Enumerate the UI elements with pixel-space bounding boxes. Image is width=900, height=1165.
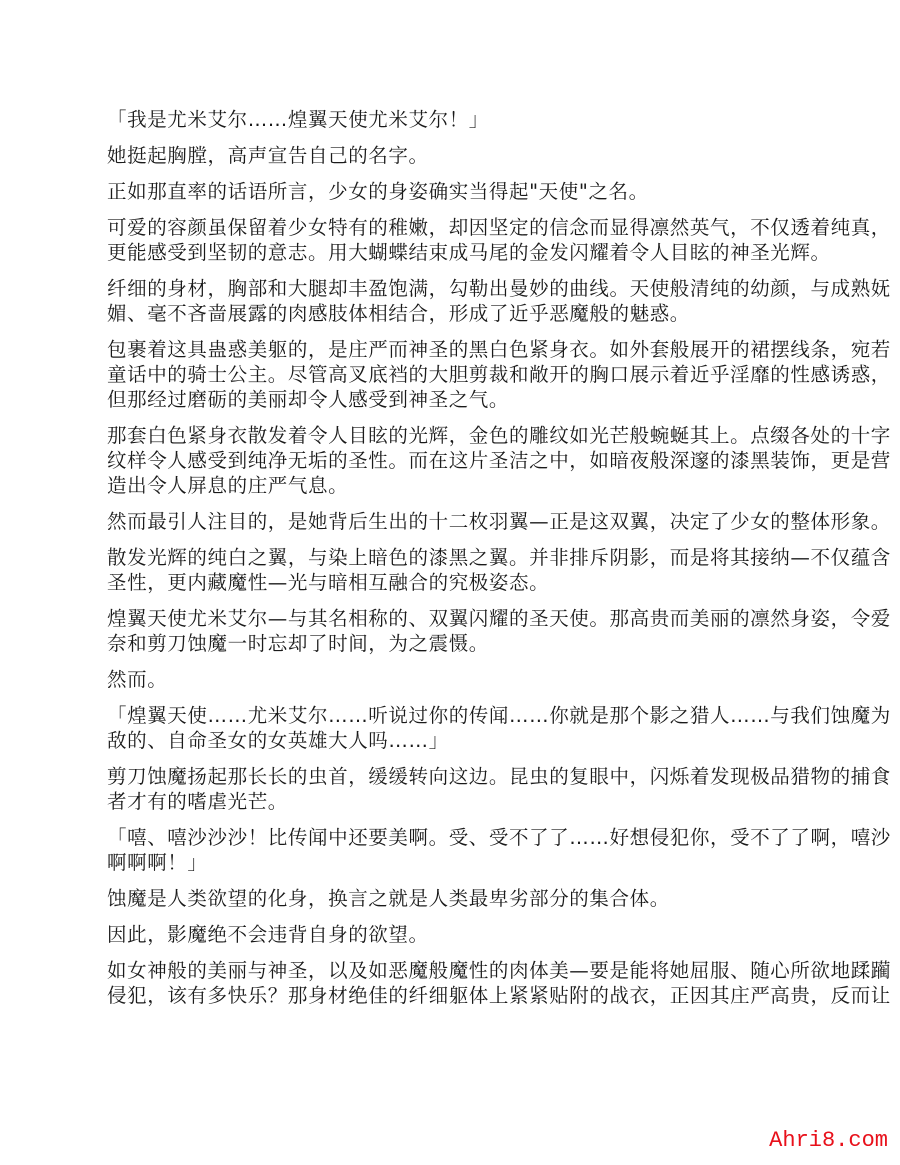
text-line: 然而最引人注目的，是她背后生出的十二枚羽翼—正是这双翼，决定了少女的整体形象。 (107, 509, 807, 534)
paragraph: 然而。 (107, 667, 807, 692)
text-line: 童话中的骑士公主。尽管高叉底裆的大胆剪裁和敞开的胸口展示着近乎淫靡的性感诱惑， (107, 362, 807, 387)
paragraph: 她挺起胸膛，高声宣告自己的名字。 (107, 143, 807, 168)
text-line: 如女神般的美丽与神圣，以及如恶魔般魔性的肉体美—要是能将她屈服、随心所欲地蹂躏 (107, 958, 807, 983)
document-body: 「我是尤米艾尔……煌翼天使尤米艾尔！」 她挺起胸膛，高声宣告自己的名字。 正如那… (107, 107, 807, 1019)
text-line: 纤细的身材，胸部和大腿却丰盈饱满，勾勒出曼妙的曲线。天使般清纯的幼颜，与成熟妩 (107, 276, 807, 301)
text-line: 但那经过磨砺的美丽却令人感受到神圣之气。 (107, 387, 807, 412)
text-line: 媚、毫不吝啬展露的肉感肢体相结合，形成了近乎恶魔般的魅惑。 (107, 301, 807, 326)
paragraph: 纤细的身材，胸部和大腿却丰盈饱满，勾勒出曼妙的曲线。天使般清纯的幼颜，与成熟妩 … (107, 276, 807, 326)
text-line: 正如那直率的话语所言，少女的身姿确实当得起"天使"之名。 (107, 179, 807, 204)
text-line: 「煌翼天使……尤米艾尔……听说过你的传闻……你就是那个影之猎人……与我们蚀魔为 (107, 703, 807, 728)
paragraph: 煌翼天使尤米艾尔—与其名相称的、双翼闪耀的圣天使。那高贵而美丽的凛然身姿，令爱 … (107, 606, 807, 656)
text-line: 可爱的容颜虽保留着少女特有的稚嫩，却因坚定的信念而显得凛然英气，不仅透着纯真， (107, 215, 807, 240)
paragraph: 如女神般的美丽与神圣，以及如恶魔般魔性的肉体美—要是能将她屈服、随心所欲地蹂躏 … (107, 958, 807, 1008)
text-line: 她挺起胸膛，高声宣告自己的名字。 (107, 143, 807, 168)
text-line: 那套白色紧身衣散发着令人目眩的光辉，金色的雕纹如光芒般蜿蜒其上。点缀各处的十字 (107, 423, 807, 448)
text-line: 侵犯，该有多快乐？那身材绝佳的纤细躯体上紧紧贴附的战衣，正因其庄严高贵，反而让 (107, 983, 807, 1008)
text-line: 「我是尤米艾尔……煌翼天使尤米艾尔！」 (107, 107, 807, 132)
paragraph: 剪刀蚀魔扬起那长长的虫首，缓缓转向这边。昆虫的复眼中，闪烁着发现极品猎物的捕食 … (107, 764, 807, 814)
text-line: 啊啊啊！」 (107, 850, 807, 875)
document-page: 「我是尤米艾尔……煌翼天使尤米艾尔！」 她挺起胸膛，高声宣告自己的名字。 正如那… (0, 0, 900, 1165)
paragraph: 「煌翼天使……尤米艾尔……听说过你的传闻……你就是那个影之猎人……与我们蚀魔为 … (107, 703, 807, 753)
text-line: 圣性，更内藏魔性—光与暗相互融合的究极姿态。 (107, 570, 807, 595)
paragraph: 然而最引人注目的，是她背后生出的十二枚羽翼—正是这双翼，决定了少女的整体形象。 (107, 509, 807, 534)
text-line: 更能感受到坚韧的意志。用大蝴蝶结束成马尾的金发闪耀着令人目眩的神圣光辉。 (107, 240, 807, 265)
text-line: 纹样令人感受到纯净无垢的圣性。而在这片圣洁之中，如暗夜般深邃的漆黑装饰，更是营 (107, 448, 807, 473)
text-line: 剪刀蚀魔扬起那长长的虫首，缓缓转向这边。昆虫的复眼中，闪烁着发现极品猎物的捕食 (107, 764, 807, 789)
paragraph: 「我是尤米艾尔……煌翼天使尤米艾尔！」 (107, 107, 807, 132)
text-line: 煌翼天使尤米艾尔—与其名相称的、双翼闪耀的圣天使。那高贵而美丽的凛然身姿，令爱 (107, 606, 807, 631)
paragraph: 可爱的容颜虽保留着少女特有的稚嫩，却因坚定的信念而显得凛然英气，不仅透着纯真， … (107, 215, 807, 265)
paragraph: 「嘻、嘻沙沙沙！比传闻中还要美啊。受、受不了了……好想侵犯你，受不了了啊，嘻沙 … (107, 825, 807, 875)
text-line: 「嘻、嘻沙沙沙！比传闻中还要美啊。受、受不了了……好想侵犯你，受不了了啊，嘻沙 (107, 825, 807, 850)
paragraph: 因此，影魔绝不会违背自身的欲望。 (107, 922, 807, 947)
text-line: 散发光辉的纯白之翼，与染上暗色的漆黑之翼。并非排斥阴影，而是将其接纳—不仅蕴含 (107, 545, 807, 570)
watermark: Ahri8.com (769, 1128, 888, 1153)
paragraph: 那套白色紧身衣散发着令人目眩的光辉，金色的雕纹如光芒般蜿蜒其上。点缀各处的十字 … (107, 423, 807, 498)
paragraph: 散发光辉的纯白之翼，与染上暗色的漆黑之翼。并非排斥阴影，而是将其接纳—不仅蕴含 … (107, 545, 807, 595)
text-line: 敌的、自命圣女的女英雄大人吗……」 (107, 728, 807, 753)
text-line: 因此，影魔绝不会违背自身的欲望。 (107, 922, 807, 947)
paragraph: 包裹着这具蛊惑美躯的，是庄严而神圣的黑白色紧身衣。如外套般展开的裙摆线条，宛若 … (107, 337, 807, 412)
text-line: 蚀魔是人类欲望的化身，换言之就是人类最卑劣部分的集合体。 (107, 886, 807, 911)
text-line: 者才有的嗜虐光芒。 (107, 789, 807, 814)
text-line: 造出令人屏息的庄严气息。 (107, 473, 807, 498)
paragraph: 蚀魔是人类欲望的化身，换言之就是人类最卑劣部分的集合体。 (107, 886, 807, 911)
text-line: 包裹着这具蛊惑美躯的，是庄严而神圣的黑白色紧身衣。如外套般展开的裙摆线条，宛若 (107, 337, 807, 362)
text-line: 然而。 (107, 667, 807, 692)
paragraph: 正如那直率的话语所言，少女的身姿确实当得起"天使"之名。 (107, 179, 807, 204)
text-line: 奈和剪刀蚀魔一时忘却了时间，为之震慑。 (107, 631, 807, 656)
